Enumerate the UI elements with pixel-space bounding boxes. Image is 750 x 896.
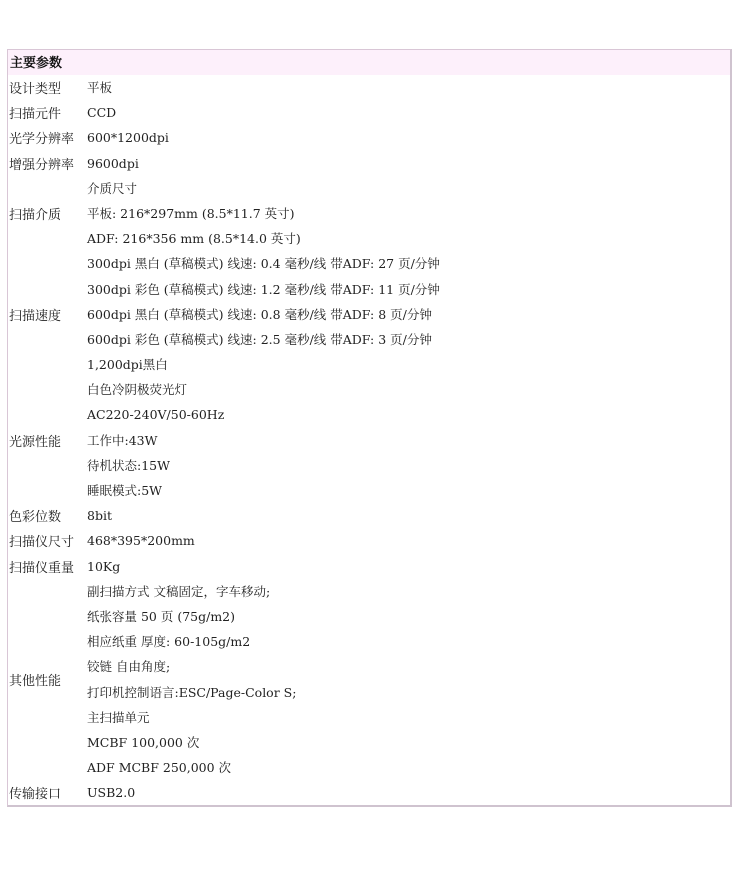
row-label: 其他性能	[8, 579, 87, 781]
table-row: 扫描仪重量10Kg	[8, 554, 730, 579]
row-value: 600dpi 彩色 (草稿模式) 线速: 2.5 毫秒/线 带ADF: 3 页/…	[87, 327, 730, 352]
row-value: 主扫描单元	[87, 705, 730, 730]
table-row: 增强分辨率9600dpi	[8, 151, 730, 176]
row-value: 白色冷阴极荧光灯	[87, 377, 730, 402]
row-label: 光源性能	[8, 377, 87, 503]
row-label: 传输接口	[8, 780, 87, 805]
row-values: 300dpi 黑白 (草稿模式) 线速: 0.4 毫秒/线 带ADF: 27 页…	[87, 251, 730, 377]
row-label: 扫描速度	[8, 251, 87, 377]
row-value: 工作中:43W	[87, 428, 730, 453]
row-value: 待机状态:15W	[87, 453, 730, 478]
row-values: 600*1200dpi	[87, 125, 730, 150]
row-label: 扫描仪重量	[8, 554, 87, 579]
row-value: 8bit	[87, 503, 730, 528]
table-row: 其他性能副扫描方式 文稿固定，字车移动;纸张容量 50 页 (75g/m2)相应…	[8, 579, 730, 781]
row-value: 600*1200dpi	[87, 125, 730, 150]
row-label: 扫描仪尺寸	[8, 528, 87, 553]
row-value: 468*395*200mm	[87, 528, 730, 553]
table-row: 光学分辨率600*1200dpi	[8, 125, 730, 150]
row-value: 介质尺寸	[87, 176, 730, 201]
row-value: 副扫描方式 文稿固定，字车移动;	[87, 579, 730, 604]
row-value: ADF MCBF 250,000 次	[87, 755, 730, 780]
row-values: 468*395*200mm	[87, 528, 730, 553]
row-label: 设计类型	[8, 75, 87, 100]
row-value: USB2.0	[87, 780, 730, 805]
table-row: 扫描仪尺寸468*395*200mm	[8, 528, 730, 553]
row-value: 9600dpi	[87, 151, 730, 176]
row-value: 相应纸重 厚度: 60-105g/m2	[87, 629, 730, 654]
table-row: 设计类型平板	[8, 75, 730, 100]
row-values: 10Kg	[87, 554, 730, 579]
row-label: 增强分辨率	[8, 151, 87, 176]
row-label: 扫描元件	[8, 100, 87, 125]
table-row: 扫描速度300dpi 黑白 (草稿模式) 线速: 0.4 毫秒/线 带ADF: …	[8, 251, 730, 377]
row-value: 600dpi 黑白 (草稿模式) 线速: 0.8 毫秒/线 带ADF: 8 页/…	[87, 302, 730, 327]
table-row: 扫描介质介质尺寸平板: 216*297mm (8.5*11.7 英寸)ADF: …	[8, 176, 730, 252]
row-values: 白色冷阴极荧光灯AC220-240V/50-60Hz工作中:43W待机状态:15…	[87, 377, 730, 503]
row-value: 1,200dpi黑白	[87, 352, 730, 377]
row-value: 纸张容量 50 页 (75g/m2)	[87, 604, 730, 629]
row-label: 扫描介质	[8, 176, 87, 252]
row-value: 打印机控制语言:ESC/Page-Color S;	[87, 680, 730, 705]
table-header: 主要参数	[8, 50, 730, 75]
table-row: 色彩位数8bit	[8, 503, 730, 528]
row-values: 8bit	[87, 503, 730, 528]
row-value: AC220-240V/50-60Hz	[87, 402, 730, 427]
row-value: ADF: 216*356 mm (8.5*14.0 英寸)	[87, 226, 730, 251]
spec-table: 主要参数 设计类型平板扫描元件CCD光学分辨率600*1200dpi增强分辨率9…	[7, 49, 732, 807]
row-value: 睡眠模式:5W	[87, 478, 730, 503]
table-row: 扫描元件CCD	[8, 100, 730, 125]
table-row: 传输接口USB2.0	[8, 780, 730, 805]
row-value: CCD	[87, 100, 730, 125]
row-label: 色彩位数	[8, 503, 87, 528]
row-value: 300dpi 彩色 (草稿模式) 线速: 1.2 毫秒/线 带ADF: 11 页…	[87, 277, 730, 302]
table-row: 光源性能白色冷阴极荧光灯AC220-240V/50-60Hz工作中:43W待机状…	[8, 377, 730, 503]
row-values: USB2.0	[87, 780, 730, 805]
row-value: 300dpi 黑白 (草稿模式) 线速: 0.4 毫秒/线 带ADF: 27 页…	[87, 251, 730, 276]
table-body: 设计类型平板扫描元件CCD光学分辨率600*1200dpi增强分辨率9600dp…	[8, 75, 730, 805]
row-values: 9600dpi	[87, 151, 730, 176]
row-value: 平板: 216*297mm (8.5*11.7 英寸)	[87, 201, 730, 226]
row-value: 铰链 自由角度;	[87, 654, 730, 679]
row-values: CCD	[87, 100, 730, 125]
row-value: 平板	[87, 75, 730, 100]
row-values: 介质尺寸平板: 216*297mm (8.5*11.7 英寸)ADF: 216*…	[87, 176, 730, 252]
row-label: 光学分辨率	[8, 125, 87, 150]
row-values: 平板	[87, 75, 730, 100]
row-values: 副扫描方式 文稿固定，字车移动;纸张容量 50 页 (75g/m2)相应纸重 厚…	[87, 579, 730, 781]
row-value: 10Kg	[87, 554, 730, 579]
row-value: MCBF 100,000 次	[87, 730, 730, 755]
